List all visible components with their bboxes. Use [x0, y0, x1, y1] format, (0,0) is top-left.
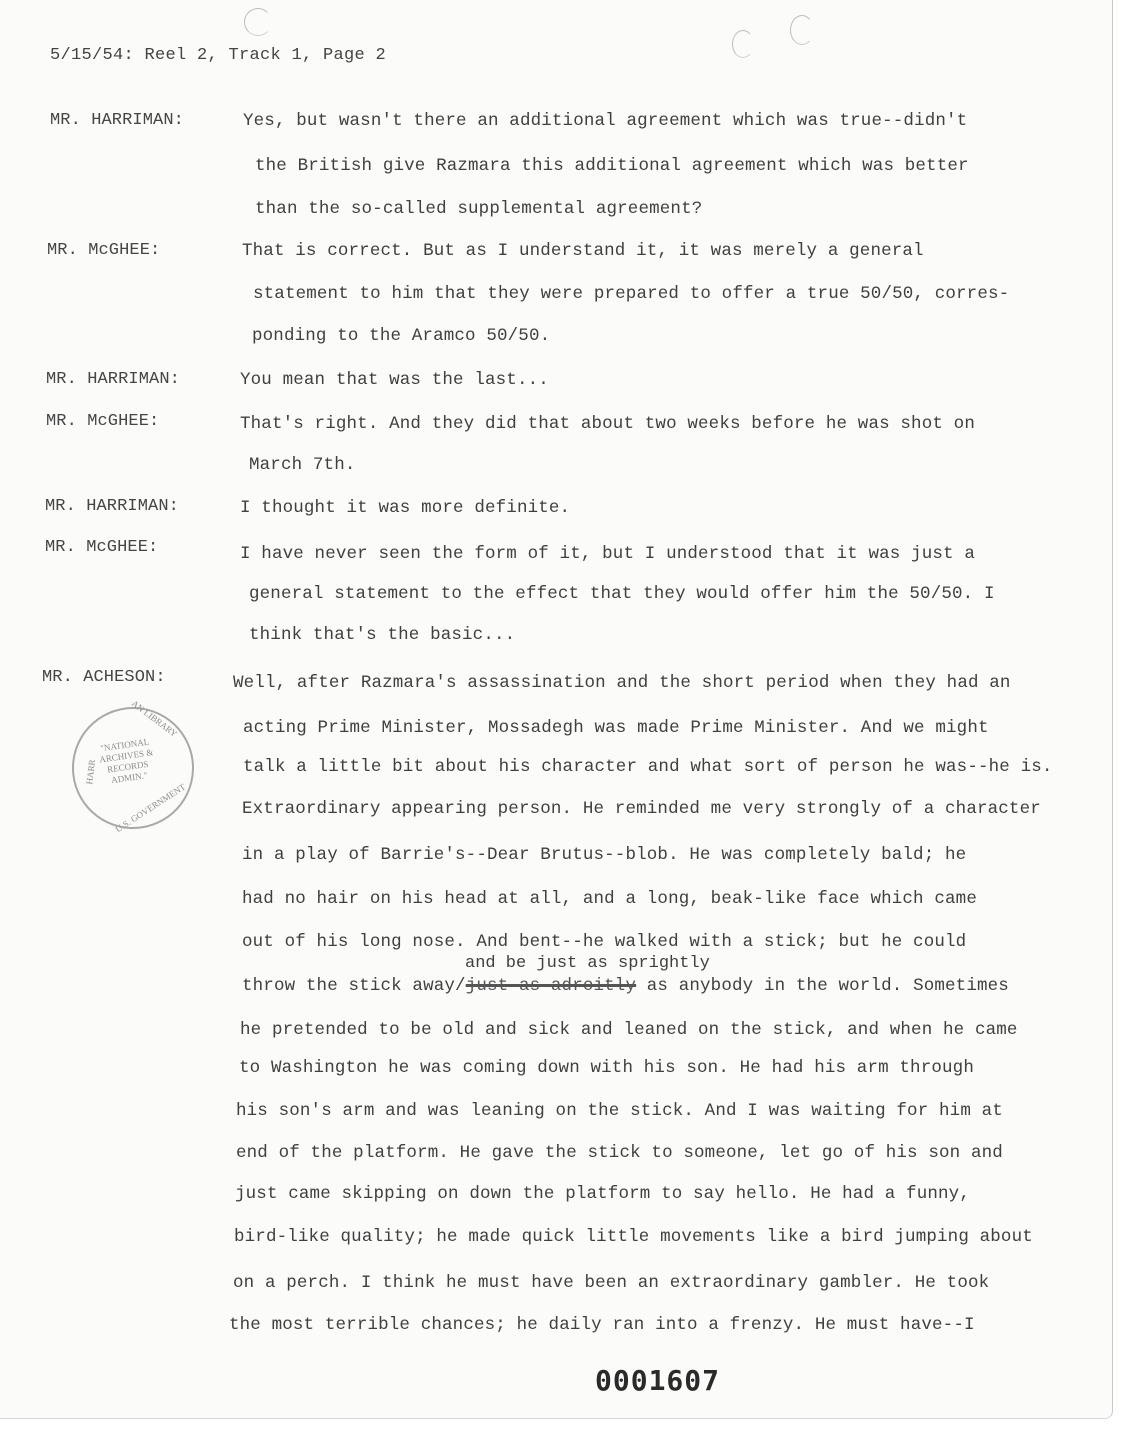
transcript-line: I thought it was more definite.: [240, 498, 570, 518]
transcript-line: That's right. And they did that about tw…: [240, 414, 975, 434]
transcript-line: You mean that was the last...: [240, 370, 549, 390]
speaker-label: MR. McGHEE:: [46, 412, 159, 431]
line-continuation: as anybody in the world. Sometimes: [636, 976, 1009, 996]
transcript-line: on a perch. I think he must have been an…: [233, 1273, 989, 1293]
transcript-line: to Washington he was coming down with hi…: [239, 1058, 974, 1078]
speaker-label: MR. ACHESON:: [42, 668, 166, 687]
transcript-line: ponding to the Aramco 50/50.: [252, 326, 550, 346]
transcript-line: talk a little bit about his character an…: [243, 757, 1053, 777]
page-header: 5/15/54: Reel 2, Track 1, Page 2: [50, 46, 386, 65]
punch-hole-mark: [790, 15, 814, 45]
transcript-line-corrected: throw the stick away/just as adroitly as…: [242, 976, 1009, 996]
stamp-arc-left: HARR: [84, 759, 97, 785]
transcript-line: think that's the basic...: [249, 625, 515, 645]
transcript-line: acting Prime Minister, Mossadegh was mad…: [243, 718, 989, 738]
transcript-line: just came skipping on down the platform …: [235, 1184, 970, 1204]
punch-hole-mark: [244, 8, 272, 36]
transcript-line: statement to him that they were prepared…: [253, 284, 1009, 304]
transcript-line: end of the platform. He gave the stick t…: [236, 1143, 1003, 1163]
speaker-label: MR. McGHEE:: [45, 538, 158, 557]
transcript-line: the most terrible chances; he daily ran …: [229, 1315, 975, 1335]
transcript-line: That is correct. But as I understand it,…: [242, 241, 924, 261]
transcript-line: Yes, but wasn't there an additional agre…: [243, 111, 967, 131]
transcript-line: the British give Razmara this additional…: [255, 156, 969, 176]
speaker-label: MR. HARRIMAN:: [45, 497, 179, 516]
transcript-line: he pretended to be old and sick and lean…: [240, 1020, 1018, 1040]
transcript-line: out of his long nose. And bent--he walke…: [242, 932, 966, 952]
transcript-line: in a play of Barrie's--Dear Brutus--blob…: [242, 845, 966, 865]
stamp-arc-bottom: U.S. GOVERNMENT: [114, 782, 188, 835]
document-number: 0001607: [595, 1364, 720, 1397]
transcript-line: I have never seen the form of it, but I …: [240, 544, 975, 564]
transcript-line: March 7th.: [249, 455, 356, 475]
transcript-line: Well, after Razmara's assassination and …: [233, 673, 1011, 693]
transcript-line: Extraordinary appearing person. He remin…: [242, 799, 1041, 819]
transcript-line: general statement to the effect that the…: [249, 584, 995, 604]
speaker-label: MR. HARRIMAN:: [46, 370, 180, 389]
document-page: 5/15/54: Reel 2, Track 1, Page 2 MR. HAR…: [0, 0, 1113, 1419]
transcript-line: had no hair on his head at all, and a lo…: [242, 889, 977, 909]
archive-stamp: AN LIBRARY HARR "NATIONAL ARCHIVES & REC…: [64, 699, 202, 837]
speaker-label: MR. HARRIMAN:: [50, 111, 184, 130]
struck-text: just as adroitly: [466, 976, 636, 996]
transcript-line: bird-like quality; he made quick little …: [234, 1227, 1033, 1247]
speaker-label: MR. McGHEE:: [47, 241, 160, 260]
punch-hole-mark: [732, 30, 754, 58]
line-start: throw the stick away/: [242, 976, 466, 996]
handwritten-insertion: and be just as sprightly: [465, 954, 710, 973]
transcript-line: than the so-called supplemental agreemen…: [255, 199, 702, 219]
stamp-arc-top: AN LIBRARY: [130, 698, 179, 739]
stamp-center-text: "NATIONAL ARCHIVES & RECORDS ADMIN.": [94, 736, 160, 788]
transcript-line: his son's arm and was leaning on the sti…: [236, 1101, 1003, 1121]
